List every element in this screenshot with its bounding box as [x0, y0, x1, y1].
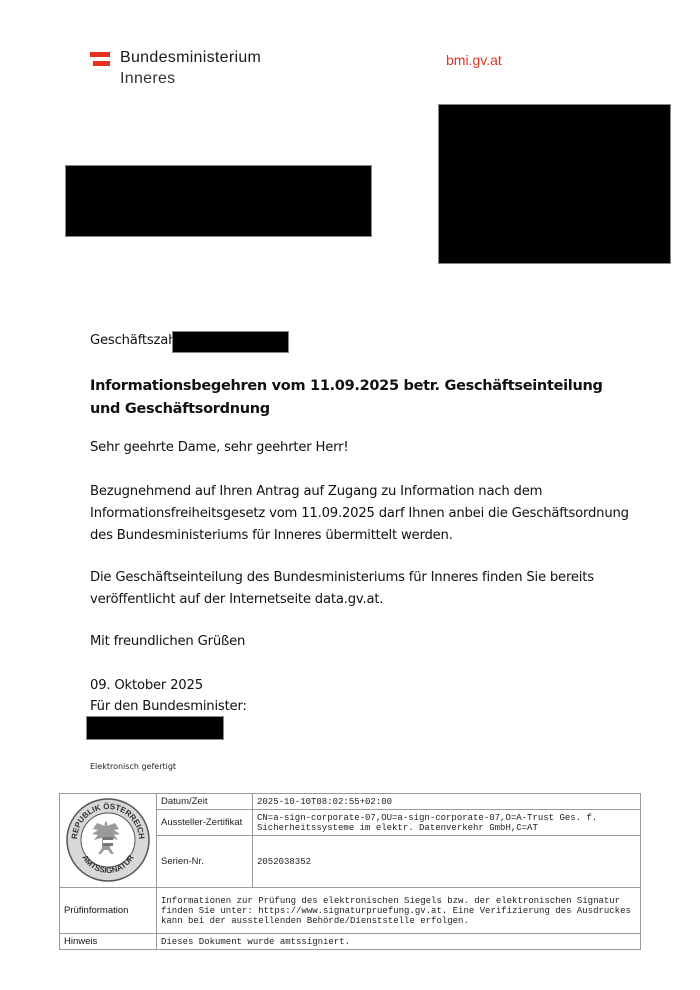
table-row: REPUBLIK ÖSTERREICH AMTSSIGNATUR Datum/Z…	[60, 794, 641, 810]
issuer-certificate-value: CN=a-sign-corporate-07,OU=a-sign-corpora…	[253, 810, 641, 836]
verification-info-label: Prüfinformation	[60, 888, 157, 934]
austrian-flag-logo-icon	[90, 52, 112, 68]
redacted-sender-info	[438, 104, 671, 264]
letter-date: 09. Oktober 2025	[90, 675, 630, 697]
reference-label: Geschäftszahl:	[90, 333, 184, 348]
table-row: Hinweis Dieses Dokument wurde amtssignie…	[60, 934, 641, 950]
notice-label: Hinweis	[60, 934, 157, 950]
date-time-label: Datum/Zeit	[157, 794, 253, 810]
redacted-recipient-address	[65, 165, 372, 237]
letter-subject: Informationsbegehren vom 11.09.2025 betr…	[90, 375, 630, 421]
notice-value: Dieses Dokument wurde amtssigniert.	[157, 934, 641, 950]
org-department: Inneres	[120, 70, 175, 88]
date-time-value: 2025-10-10T08:02:55+02:00	[253, 794, 641, 810]
redacted-reference-number	[172, 331, 289, 353]
signatory-label: Für den Bundesminister:	[90, 696, 630, 718]
official-seal: REPUBLIK ÖSTERREICH AMTSSIGNATUR	[60, 794, 157, 888]
paragraph-1: Bezugnehmend auf Ihren Antrag auf Zugang…	[90, 481, 630, 547]
serial-number-value: 2052038352	[253, 836, 641, 888]
issuer-certificate-label: Aussteller-Zertifikat	[157, 810, 253, 836]
verification-info-value: Informationen zur Prüfung des elektronis…	[157, 888, 641, 934]
serial-number-label: Serien-Nr.	[157, 836, 253, 888]
electronic-signature-note: Elektronisch gefertigt	[90, 762, 176, 771]
table-row: Prüfinformation Informationen zur Prüfun…	[60, 888, 641, 934]
amtssignatur-seal-icon: REPUBLIK ÖSTERREICH AMTSSIGNATUR	[65, 797, 151, 883]
salutation: Sehr geehrte Dame, sehr geehrter Herr!	[90, 437, 630, 459]
closing: Mit freundlichen Grüßen	[90, 631, 630, 653]
signature-table: REPUBLIK ÖSTERREICH AMTSSIGNATUR Datum/Z…	[59, 793, 641, 950]
website-link[interactable]: bmi.gv.at	[446, 52, 502, 68]
redacted-signatory-name	[86, 716, 224, 740]
paragraph-2: Die Geschäftseinteilung des Bundesminist…	[90, 567, 630, 611]
org-name: Bundesministerium	[120, 49, 261, 67]
